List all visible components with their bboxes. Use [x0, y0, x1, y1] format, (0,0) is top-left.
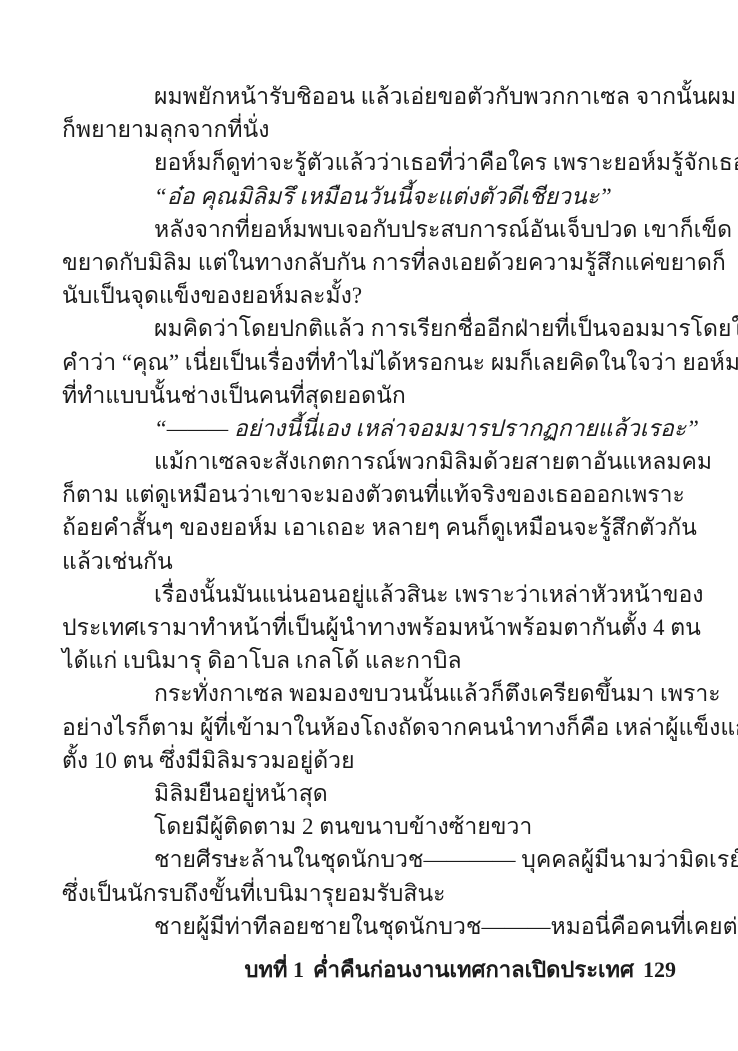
text-line: โดยมีผู้ติดตาม 2 ตนขนาบข้างซ้ายขวา: [62, 810, 676, 843]
text-line: เรื่องนั้นมันแน่นอนอยู่แล้วสินะ เพราะว่า…: [62, 578, 676, 611]
text-line: “——— อย่างนี้นี่เอง เหล่าจอมมารปรากฏกายแ…: [62, 412, 676, 445]
text-line: อย่างไรก็ตาม ผู้ที่เข้ามาในห้องโถงถัดจาก…: [62, 711, 676, 744]
text-line: ประเทศเรามาทำหน้าที่เป็นผู้นำทางพร้อมหน้…: [62, 611, 676, 644]
text-line: ได้แก่ เบนิมารุ ดิอาโบล เกลโด้ และกาบิล: [62, 644, 676, 677]
text-line: “อ๋อ คุณมิลิมรึ เหมือนวันนี้จะแต่งตัวดีเ…: [62, 180, 676, 213]
text-line: ซึ่งเป็นนักรบถึงขั้นที่เบนิมารุยอมรับสิน…: [62, 877, 676, 910]
body-text: ผมพยักหน้ารับชิออน แล้วเอ่ยขอตัวกับพวกกา…: [62, 80, 676, 943]
text-line: ก็ตาม แต่ดูเหมือนว่าเขาจะมองตัวตนที่แท้จ…: [62, 478, 676, 511]
text-line: ชายศีรษะล้านในชุดนักบวช———— บุคคลผู้มีนา…: [62, 843, 676, 876]
chapter-title: ค่ำคืนก่อนงานเทศกาลเปิดประเทศ: [313, 957, 634, 982]
text-line: หลังจากที่ยอห์มพบเจอกับประสบการณ์อันเจ็บ…: [62, 213, 676, 246]
text-line: แล้วเช่นกัน: [62, 545, 676, 578]
text-line: ที่ทำแบบนั้นช่างเป็นคนที่สุดยอดนัก: [62, 379, 676, 412]
text-line: ตั้ง 10 ตน ซึ่งมีมิลิมรวมอยู่ด้วย: [62, 744, 676, 777]
page-footer: บทที่ 1ค่ำคืนก่อนงานเทศกาลเปิดประเทศ129: [245, 952, 677, 987]
text-line: ก็พยายามลุกจากที่นั่ง: [62, 113, 676, 146]
text-line: มิลิมยืนอยู่หน้าสุด: [62, 777, 676, 810]
text-line: นับเป็นจุดแข็งของยอห์มละมั้ง?: [62, 279, 676, 312]
text-line: ยอห์มก็ดูท่าจะรู้ตัวแล้วว่าเธอที่ว่าคือใ…: [62, 146, 676, 179]
text-line: ถ้อยคำสั้นๆ ของยอห์ม เอาเถอะ หลายๆ คนก็ด…: [62, 511, 676, 544]
chapter-label: บทที่ 1: [245, 957, 304, 982]
text-line: แม้กาเซลจะสังเกตการณ์พวกมิลิมด้วยสายตาอั…: [62, 445, 676, 478]
text-line: ผมคิดว่าโดยปกติแล้ว การเรียกชื่ออีกฝ่ายท…: [62, 312, 676, 345]
page-number: 129: [643, 957, 676, 982]
text-line: ขยาดกับมิลิม แต่ในทางกลับกัน การที่ลงเอย…: [62, 246, 676, 279]
text-line: กระทั่งกาเซล พอมองขบวนนั้นแล้วก็ตึงเครีย…: [62, 677, 676, 710]
text-line: ชายผู้มีท่าทีลอยชายในชุดนักบวช———หมอนี่ค…: [62, 910, 676, 943]
text-line: ผมพยักหน้ารับชิออน แล้วเอ่ยขอตัวกับพวกกา…: [62, 80, 676, 113]
book-page: ผมพยักหน้ารับชิออน แล้วเอ่ยขอตัวกับพวกกา…: [0, 0, 738, 1051]
text-line: คำว่า “คุณ” เนี่ยเป็นเรื่องที่ทำไม่ได้หร…: [62, 346, 676, 379]
